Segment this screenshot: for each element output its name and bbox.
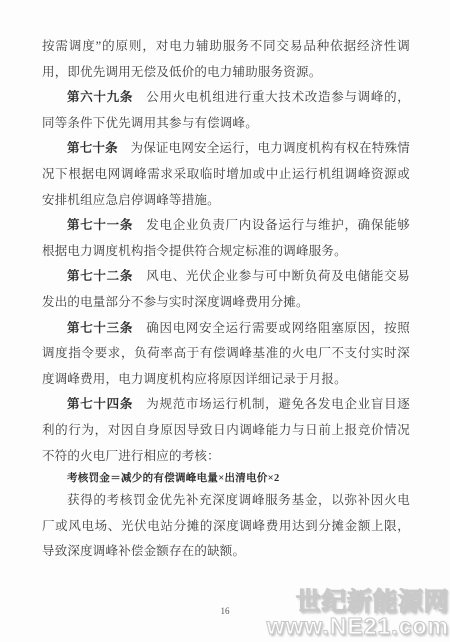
- text-segment: 按需调度”的原则，对电力辅助服务不同交易品种依据经济性调: [42, 39, 410, 53]
- text-line: 利的行为，对因自身原因导致日内调峰能力与日前上报竞价情况: [42, 418, 410, 444]
- article-number: 第七十条: [67, 141, 118, 155]
- text-segment: 安排机组应急启停调峰等措施。: [42, 193, 220, 207]
- text-segment: 导致深度调峰补偿金额存在的缺额。: [42, 544, 245, 558]
- text-line: 获得的考核罚金优先补充深度调峰服务基金，以弥补因火电: [42, 488, 410, 514]
- article-number: 第七十一条: [67, 218, 133, 232]
- text-line: 度调峰费用，电力调度机构应将原因详细记录于月报。: [42, 367, 410, 393]
- text-line: 第七十四条 为规范市场运行机制，避免各发电企业盲目逐: [42, 392, 410, 418]
- text-line: 第七十一条 发电企业负责厂内设备运行与维护，确保能够: [42, 213, 410, 239]
- formula-text: 考核罚金＝减少的有偿调峰电量×出清电价×2: [67, 473, 280, 484]
- document-body: 按需调度”的原则，对电力辅助服务不同交易品种依据经济性调用，即优先调用无偿及低价…: [42, 34, 410, 565]
- text-line: 按需调度”的原则，对电力辅助服务不同交易品种依据经济性调: [42, 34, 410, 60]
- text-line: 导致深度调峰补偿金额存在的缺额。: [42, 539, 410, 565]
- text-line: 发出的电量部分不参与实时深度调峰费用分摊。: [42, 290, 410, 316]
- text-segment: 不符的火电厂进行相应的考核：: [42, 449, 220, 463]
- text-line: 第七十三条 确因电网安全运行需要或网络阻塞原因，按照: [42, 316, 410, 342]
- text-segment: 风电、光伏企业参与可中断负荷及电储能交易: [133, 269, 410, 283]
- text-segment: 用，即优先调用无偿及低价的电力辅助服务资源。: [42, 65, 321, 79]
- text-segment: 发出的电量部分不参与实时深度调峰费用分摊。: [42, 295, 309, 309]
- text-segment: 度调峰费用，电力调度机构应将原因详细记录于月报。: [42, 372, 347, 386]
- article-number: 第六十九条: [67, 90, 133, 104]
- text-segment: 为规范市场运行机制，避免各发电企业盲目逐: [133, 397, 410, 411]
- text-segment: 获得的考核罚金优先补充深度调峰服务基金，以弥补因火电: [67, 493, 410, 507]
- article-number: 第七十四条: [67, 397, 133, 411]
- text-segment: 利的行为，对因自身原因导致日内调峰能力与日前上报竞价情况: [42, 423, 410, 437]
- text-line: 况下根据电网调峰需求采取临时增加或中止运行机组调峰资源或: [42, 162, 410, 188]
- text-line: 用，即优先调用无偿及低价的电力辅助服务资源。: [42, 60, 410, 86]
- text-line: 调度指令要求，负荷率高于有偿调峰基准的火电厂不支付实时深: [42, 341, 410, 367]
- document-page: 按需调度”的原则，对电力辅助服务不同交易品种依据经济性调用，即优先调用无偿及低价…: [0, 0, 450, 642]
- text-segment: 厂或风电场、光伏电站分摊的深度调峰费用达到分摊金额上限，: [42, 519, 410, 533]
- watermark-site-name: 世纪新能源网: [267, 590, 449, 615]
- text-line: 同等条件下优先调用其参与有偿调峰。: [42, 111, 410, 137]
- article-number: 第七十三条: [67, 321, 133, 335]
- text-segment: 同等条件下优先调用其参与有偿调峰。: [42, 116, 258, 130]
- text-line: 安排机组应急启停调峰等措施。: [42, 188, 410, 214]
- text-segment: 为保证电网安全运行，电力调度机构有权在特殊情: [118, 141, 410, 155]
- text-segment: 确因电网安全运行需要或网络阻塞原因，按照: [133, 321, 410, 335]
- watermark: 世纪新能源网 www.NE21.com: [267, 590, 449, 638]
- text-segment: 公用火电机组进行重大技术改造参与调峰的，: [133, 90, 410, 104]
- text-line: 第七十二条 风电、光伏企业参与可中断负荷及电储能交易: [42, 264, 410, 290]
- text-segment: 根据电力调度机构指令提供符合规定标准的调峰服务。: [42, 244, 347, 258]
- text-line: 不符的火电厂进行相应的考核：: [42, 444, 410, 470]
- text-line: 第六十九条 公用火电机组进行重大技术改造参与调峰的，: [42, 85, 410, 111]
- text-segment: 发电企业负责厂内设备运行与维护，确保能够: [133, 218, 410, 232]
- text-line: 第七十条 为保证电网安全运行，电力调度机构有权在特殊情: [42, 136, 410, 162]
- text-line: 厂或风电场、光伏电站分摊的深度调峰费用达到分摊金额上限，: [42, 514, 410, 540]
- text-segment: 调度指令要求，负荷率高于有偿调峰基准的火电厂不支付实时深: [42, 346, 410, 360]
- watermark-site-url: www.NE21.com: [267, 615, 449, 638]
- text-line: 根据电力调度机构指令提供符合规定标准的调峰服务。: [42, 239, 410, 265]
- text-segment: 况下根据电网调峰需求采取临时增加或中止运行机组调峰资源或: [42, 167, 410, 181]
- formula-line: 考核罚金＝减少的有偿调峰电量×出清电价×2: [42, 469, 410, 488]
- article-number: 第七十二条: [67, 269, 133, 283]
